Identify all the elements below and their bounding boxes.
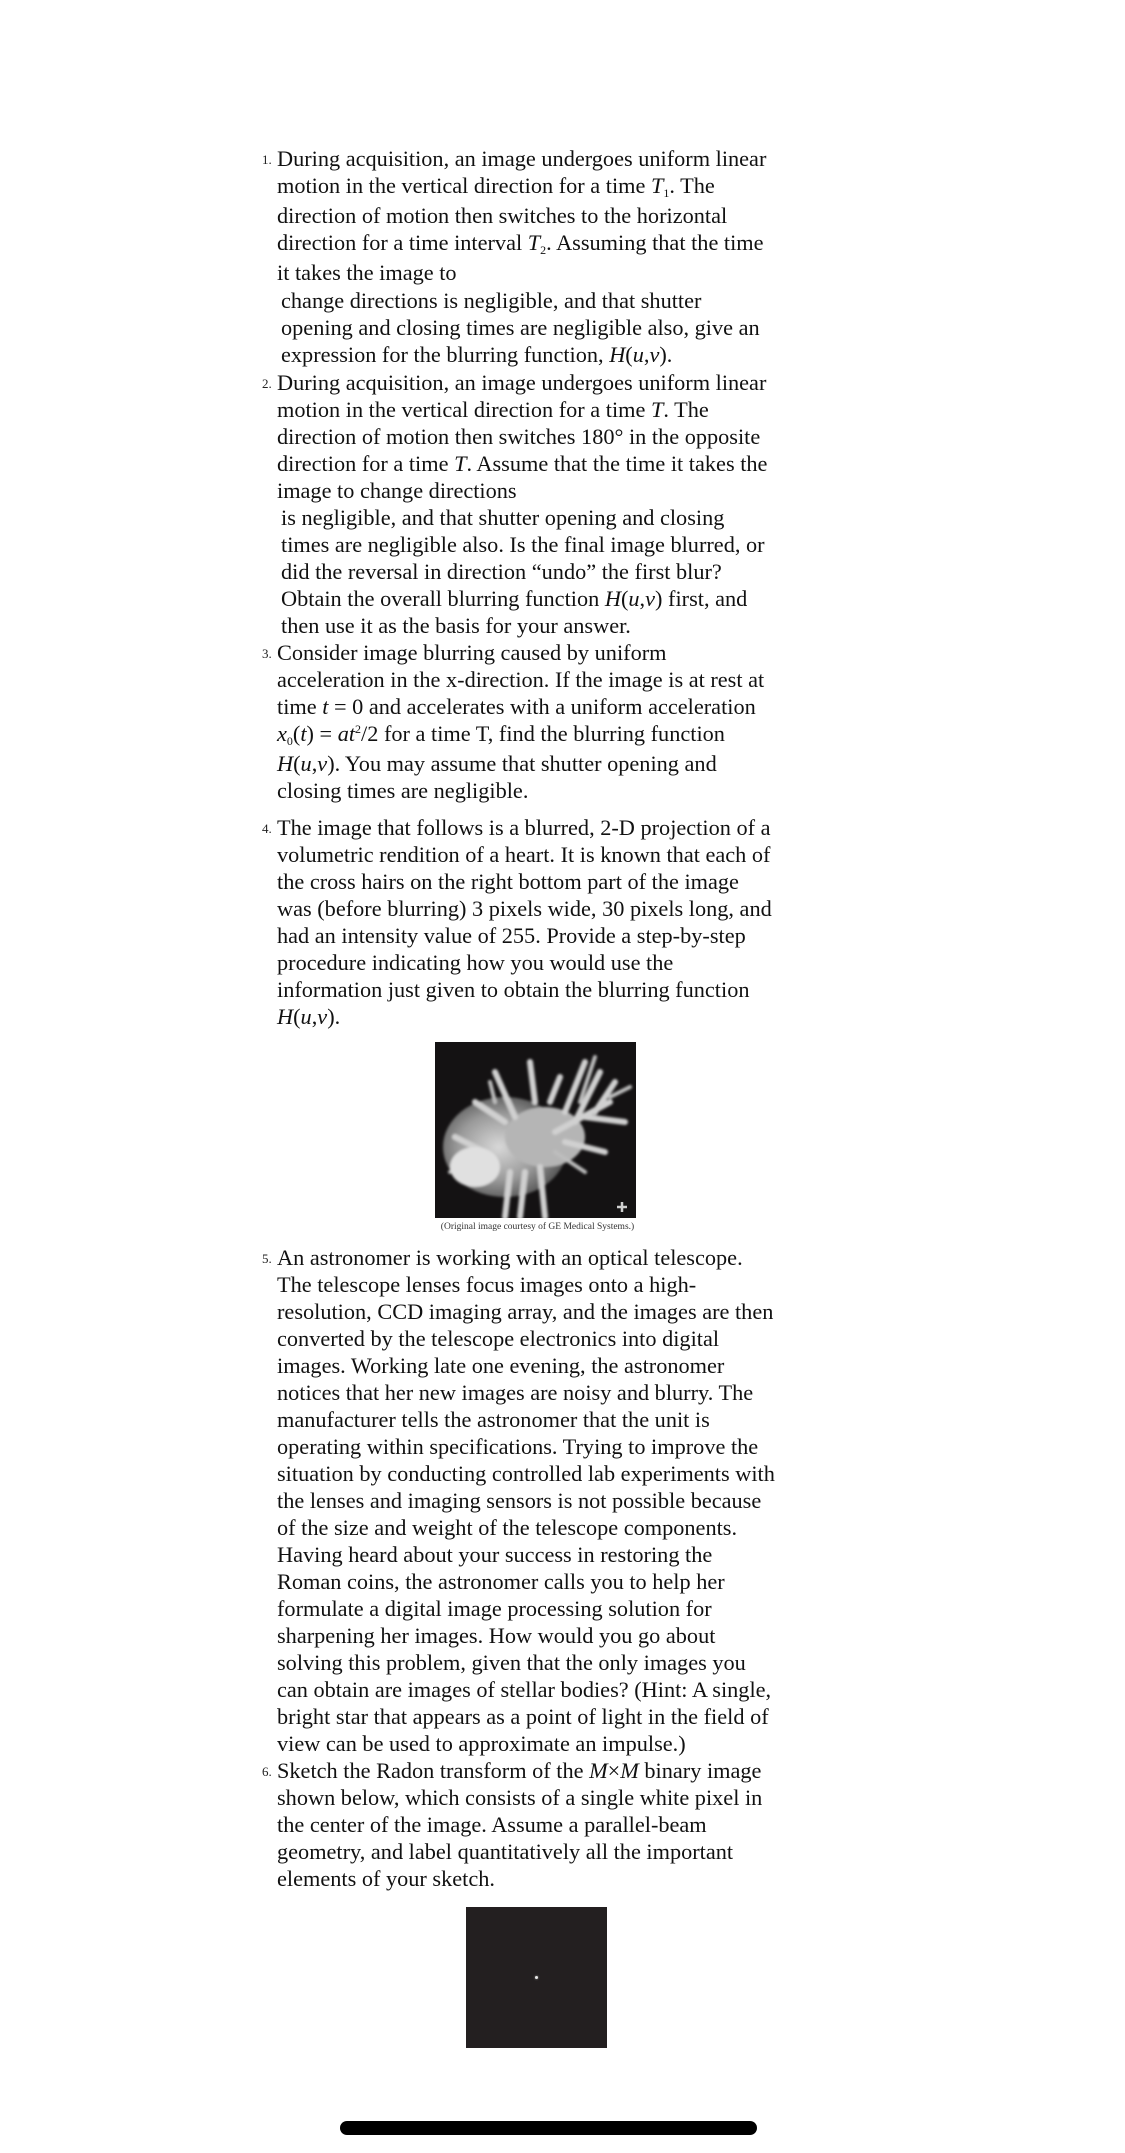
text-line: direction of motion then switches to the… [277,202,727,229]
text-line: opening and closing times are negligible… [281,314,760,341]
text-line: motion in the vertical direction for a t… [277,396,709,423]
text-line: sharpening her images. How would you go … [277,1622,715,1649]
text-line: acceleration in the x-direction. If the … [277,666,764,693]
text-line: situation by conducting controlled lab e… [277,1460,775,1487]
question-number: 5. [262,1251,272,1267]
question-number: 1. [262,152,272,168]
text-line: time t = 0 and accelerates with a unifor… [277,693,756,720]
text-line: Sketch the Radon transform of the M×M bi… [277,1757,761,1784]
text-line: manufacturer tells the astronomer that t… [277,1406,710,1433]
text-line: then use it as the basis for your answer… [281,612,631,639]
heart-projection-image [435,1042,636,1218]
question-number: 3. [262,646,272,662]
question-number: 4. [262,821,272,837]
text-line: the center of the image. Assume a parall… [277,1811,707,1838]
text-line: shown below, which consists of a single … [277,1784,762,1811]
text-line: Obtain the overall blurring function H(u… [281,585,747,612]
text-line: converted by the telescope electronics i… [277,1325,719,1352]
text-line: direction for a time interval T2. Assumi… [277,229,764,256]
text-line: did the reversal in direction “undo” the… [281,558,722,585]
text-line: the cross hairs on the right bottom part… [277,868,739,895]
text-line: volumetric rendition of a heart. It is k… [277,841,770,868]
question-number: 6. [262,1764,272,1780]
figure-caption: (Original image courtesy of GE Medical S… [380,1222,695,1232]
text-line: The telescope lenses focus images onto a… [277,1271,696,1298]
text-line: procedure indicating how you would use t… [277,949,673,976]
text-line: elements of your sketch. [277,1865,495,1892]
binary-image-single-pixel [466,1907,607,2048]
text-line: motion in the vertical direction for a t… [277,172,715,199]
text-line: During acquisition, an image undergoes u… [277,145,766,172]
text-line: images. Working late one evening, the as… [277,1352,724,1379]
text-line: Having heard about your success in resto… [277,1541,712,1568]
text-line: expression for the blurring function, H(… [281,341,672,368]
text-line: of the size and weight of the telescope … [277,1514,737,1541]
text-line: information just given to obtain the blu… [277,976,750,1003]
text-line: notices that her new images are noisy an… [277,1379,753,1406]
text-line: change directions is negligible, and tha… [281,287,701,314]
text-line: solving this problem, given that the onl… [277,1649,746,1676]
text-line: bright star that appears as a point of l… [277,1703,769,1730]
text-line: H(u,v). [277,1003,340,1030]
cross-hair-icon [617,1202,627,1212]
text-line: was (before blurring) 3 pixels wide, 30 … [277,895,772,922]
text-line: Consider image blurring caused by unifor… [277,639,667,666]
heart-rendering-graphic [435,1042,636,1218]
text-line: resolution, CCD imaging array, and the i… [277,1298,773,1325]
text-line: direction of motion then switches 180° i… [277,423,760,450]
text-line: image to change directions [277,477,517,504]
text-line: direction for a time T. Assume that the … [277,450,767,477]
text-line: x0(t) = at2/2 for a time T, find the blu… [277,720,725,747]
text-line: is negligible, and that shutter opening … [281,504,724,531]
text-line: The image that follows is a blurred, 2-D… [277,814,770,841]
text-line: During acquisition, an image undergoes u… [277,369,766,396]
text-line: formulate a digital image processing sol… [277,1595,712,1622]
text-line: geometry, and label quantitatively all t… [277,1838,733,1865]
text-line: view can be used to approximate an impul… [277,1730,686,1757]
white-pixel [535,1976,538,1979]
text-line: Roman coins, the astronomer calls you to… [277,1568,725,1595]
question-number: 2. [262,376,272,392]
text-line: H(u,v). You may assume that shutter open… [277,750,717,777]
text-line: An astronomer is working with an optical… [277,1244,743,1271]
text-line: the lenses and imaging sensors is not po… [277,1487,761,1514]
text-line: closing times are negligible. [277,777,528,804]
home-indicator-bar[interactable] [340,2121,757,2135]
text-line: operating within specifications. Trying … [277,1433,758,1460]
text-line: had an intensity value of 255. Provide a… [277,922,746,949]
text-line: it takes the image to [277,259,457,286]
text-line: can obtain are images of stellar bodies?… [277,1676,771,1703]
text-line: times are negligible also. Is the final … [281,531,765,558]
